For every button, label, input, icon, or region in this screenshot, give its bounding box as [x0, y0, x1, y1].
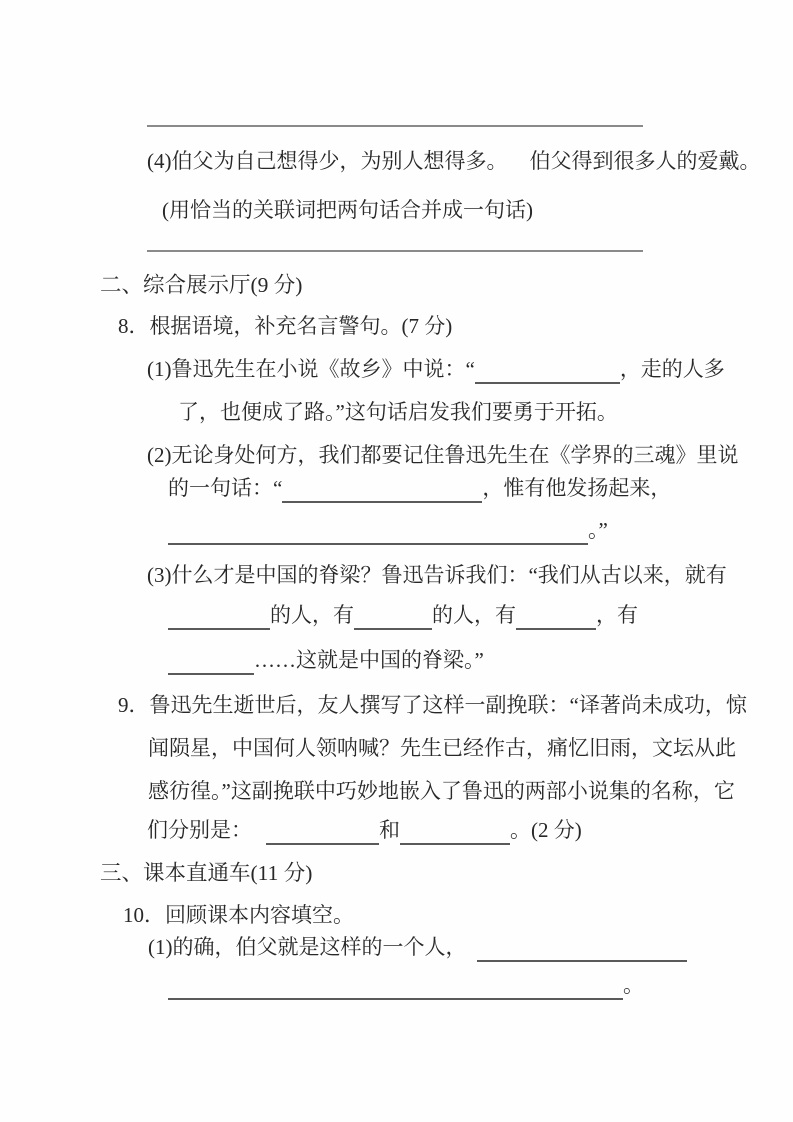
q8-title: 8．根据语境，补充名言警句。(7 分) [118, 314, 452, 338]
q4-sentence1: (4)伯父为自己想得少，为别人想得多。 [147, 149, 508, 173]
q8-item2-line1-text: (2)无论身处何方，我们都要记住鲁迅先生在《学界的三魂》里说 [147, 443, 738, 467]
q9-line3: 感彷徨。”这副挽联中巧妙地嵌入了鲁迅的两部小说集的名称，它 [148, 776, 735, 806]
q9-line1: 9．鲁迅先生逝世后，友人撰写了这样一副挽联：“译著尚未成功，惊 [118, 690, 747, 720]
q8-item3-line3: ……这就是中国的脊梁。” [168, 645, 484, 675]
q9-line4-post: 。(2 分) [510, 818, 582, 842]
q8-item3-seg1: 的人，有 [270, 603, 354, 627]
q4-hint: (用恰当的关联词把两句话合并成一句话) [162, 198, 533, 222]
q10-item1-line1: (1)的确，伯父就是这样的一个人， [148, 932, 687, 962]
q8-item3-seg3: ，有 [596, 603, 638, 627]
q10-title: 10．回顾课本内容填空。 [123, 903, 354, 927]
q8-item2-close: 。” [588, 518, 608, 542]
fill-blank-q9-1 [266, 815, 379, 845]
q8-item3-seg2: 的人，有 [432, 603, 516, 627]
q9-line4: 们分别是：和。(2 分) [147, 815, 582, 845]
q10-heading: 10．回顾课本内容填空。 [123, 900, 354, 930]
q9-line2-text: 闻陨星，中国何人领呐喊？先生已经作古，痛忆旧雨，文坛从此 [148, 736, 736, 760]
fill-blank-q8-3d [168, 645, 254, 675]
q8-item3-line1: (3)什么才是中国的脊梁？鲁迅告诉我们：“我们从古以来，就有 [147, 560, 727, 590]
fill-blank-q8-2a [282, 473, 482, 503]
fill-blank-q8-3a [168, 600, 270, 630]
fill-blank-q8-3b [354, 600, 432, 630]
q8-item1-line2: 了，也便成了路。”这句话启发我们要勇于开拓。 [178, 397, 618, 427]
q8-item2-line3: 。” [168, 515, 608, 545]
q10-item1-close: 。 [623, 973, 644, 997]
q4-hint-line: (用恰当的关联词把两句话合并成一句话) [162, 195, 533, 225]
q10-item1-pre: (1)的确，伯父就是这样的一个人， [148, 935, 467, 959]
q8-item2-post: ，惟有他发扬起来， [482, 476, 671, 500]
q4-sentence2: 伯父得到很多人的爱戴。 [530, 149, 761, 173]
fill-blank-q10-1 [477, 932, 687, 962]
q9-line2: 闻陨星，中国何人领呐喊？先生已经作古，痛忆旧雨，文坛从此 [148, 733, 736, 763]
section2-title: 二、综合展示厅(9 分) [100, 273, 302, 297]
section3-heading: 三、课本直通车(11 分) [100, 858, 312, 888]
q8-item1-line2-text: 了，也便成了路。”这句话启发我们要勇于开拓。 [178, 400, 618, 424]
q8-item3-line3-text: ……这就是中国的脊梁。” [254, 648, 484, 672]
q8-item2-line1: (2)无论身处何方，我们都要记住鲁迅先生在《学界的三魂》里说 [147, 440, 738, 470]
q8-item1-post: ，走的人多 [620, 357, 725, 381]
q8-item3-line1-text: (3)什么才是中国的脊梁？鲁迅告诉我们：“我们从古以来，就有 [147, 563, 727, 587]
q8-item1-line1: (1)鲁迅先生在小说《故乡》中说：“，走的人多 [147, 354, 725, 384]
q8-heading: 8．根据语境，补充名言警句。(7 分) [118, 311, 452, 341]
q8-item3-line2: 的人，有的人，有，有 [168, 600, 638, 630]
section2-heading: 二、综合展示厅(9 分) [100, 270, 302, 300]
q8-item1-pre: (1)鲁迅先生在小说《故乡》中说：“ [147, 357, 475, 381]
section3-title: 三、课本直通车(11 分) [100, 861, 312, 885]
worksheet-page: (4)伯父为自己想得少，为别人想得多。伯父得到很多人的爱戴。 (用恰当的关联词把… [0, 0, 793, 1122]
q9-line1-text: 9．鲁迅先生逝世后，友人撰写了这样一副挽联：“译著尚未成功，惊 [118, 693, 747, 717]
q9-line4-pre: 们分别是： [147, 818, 252, 842]
q9-line3-text: 感彷徨。”这副挽联中巧妙地嵌入了鲁迅的两部小说集的名称，它 [148, 779, 735, 803]
fill-blank-q8-2b [168, 515, 588, 545]
fill-blank-q8-3c [516, 600, 596, 630]
fill-blank-q8-1 [475, 354, 620, 384]
answer-rule-top [147, 125, 643, 127]
answer-rule-bottom [147, 250, 643, 252]
q4-line: (4)伯父为自己想得少，为别人想得多。伯父得到很多人的爱戴。 [147, 146, 761, 176]
fill-blank-q10-2 [168, 970, 623, 1000]
q8-item2-pre: 的一句话：“ [168, 476, 282, 500]
q9-line4-mid: 和 [379, 818, 400, 842]
q10-item1-line2: 。 [168, 970, 644, 1000]
q8-item2-line2: 的一句话：“，惟有他发扬起来， [168, 473, 671, 503]
fill-blank-q9-2 [400, 815, 510, 845]
